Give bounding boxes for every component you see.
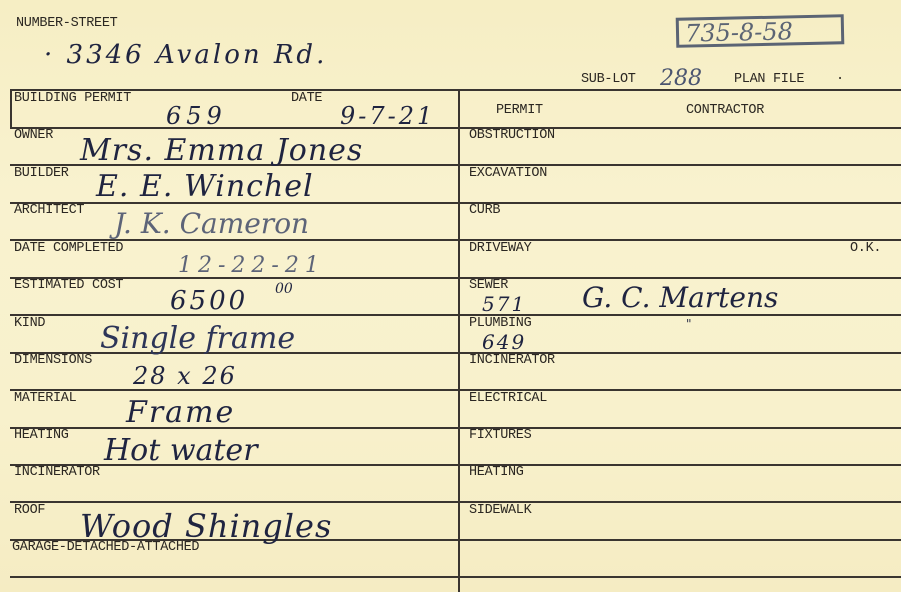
incinerator-permit-label: INCINERATOR (469, 354, 555, 368)
heating-label: HEATING (14, 429, 69, 443)
sewer-contractor-value: G. C. Martens (582, 284, 778, 312)
electrical-label: ELECTRICAL (469, 392, 547, 406)
plumbing-label: PLUMBING (469, 317, 531, 331)
rule (10, 127, 901, 129)
plumbing-contractor-ditto: " (686, 318, 692, 330)
sewer-permit-value: 571 (482, 294, 526, 314)
material-label: MATERIAL (14, 392, 76, 406)
sidewalk-label: SIDEWALK (469, 504, 531, 518)
curb-label: CURB (469, 204, 500, 218)
kind-value: Single frame (100, 324, 295, 354)
rule-left-edge (10, 89, 12, 129)
date-label: DATE (291, 92, 322, 106)
owner-value: Mrs. Emma Jones (80, 136, 363, 166)
architect-label: ARCHITECT (14, 204, 84, 218)
sub-lot-value: 288 (660, 68, 702, 90)
owner-label: OWNER (14, 129, 53, 143)
date-completed-value: 12-22-21 (178, 255, 325, 277)
plan-file-label: PLAN FILE (734, 73, 804, 87)
dimensions-label: DIMENSIONS (14, 354, 92, 368)
date-completed-label: DATE COMPLETED (14, 242, 123, 256)
fixtures-label: FIXTURES (469, 429, 531, 443)
roof-value: Wood Shingles (80, 510, 332, 542)
rule (10, 576, 901, 578)
kind-label: KIND (14, 317, 45, 331)
plan-file-value: · (836, 73, 844, 87)
sub-lot-label: SUB-LOT (581, 73, 636, 87)
garage-label: GARAGE-DETACHED-ATTACHED (12, 541, 199, 555)
rule (10, 314, 901, 316)
date-value: 9-7-21 (340, 104, 435, 128)
permit-header: PERMIT (496, 104, 543, 118)
driveway-note: O.K. (850, 242, 881, 256)
builder-value: E. E. Winchel (96, 172, 314, 202)
heating-permit-label: HEATING (469, 466, 524, 480)
estimated-cost-value: 6500 (170, 288, 248, 314)
rule (10, 277, 901, 279)
excavation-label: EXCAVATION (469, 167, 547, 181)
driveway-label: DRIVEWAY (469, 242, 531, 256)
number-street-value: · 3346 Avalon Rd. (44, 42, 327, 68)
obstruction-label: OBSTRUCTION (469, 129, 555, 143)
dimensions-value: 28 x 26 (133, 364, 237, 388)
plumbing-permit-value: 649 (482, 332, 526, 352)
building-permit-card: NUMBER-STREET · 3346 Avalon Rd. 735-8-58… (0, 0, 901, 592)
building-permit-value: 659 (166, 104, 227, 128)
material-value: Frame (126, 398, 235, 428)
architect-value: J. K. Cameron (114, 210, 309, 238)
sewer-label: SEWER (469, 279, 508, 293)
file-number-stamp: 735-8-58 (676, 14, 845, 48)
rule-top (10, 89, 901, 91)
builder-label: BUILDER (14, 167, 69, 181)
building-permit-label: BUILDING PERMIT (14, 92, 131, 106)
roof-label: ROOF (14, 504, 45, 518)
incinerator-label: INCINERATOR (14, 466, 100, 480)
estimated-cost-cents: 00 (275, 282, 293, 296)
rule (10, 501, 901, 503)
heating-value: Hot water (104, 436, 258, 466)
estimated-cost-label: ESTIMATED COST (14, 279, 123, 293)
number-street-label: NUMBER-STREET (16, 17, 117, 31)
contractor-header: CONTRACTOR (686, 104, 764, 118)
